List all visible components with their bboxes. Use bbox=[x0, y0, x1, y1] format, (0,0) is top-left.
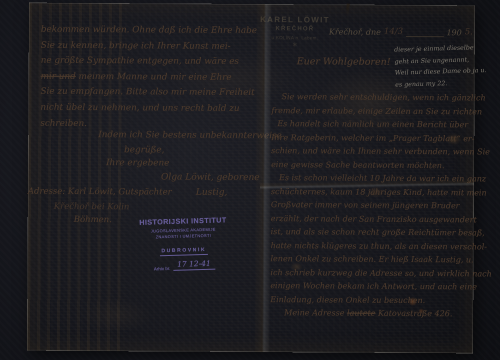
address-post: Katovastraße 426. bbox=[375, 309, 452, 318]
handwriting-line-address: Meine Adresse lautete Katovastraße 426. bbox=[270, 306, 476, 321]
sender-address-line: Böhmen. bbox=[74, 215, 112, 225]
sender-address-line: Křečhoř bei Kolin bbox=[54, 202, 130, 212]
letter-paper: KAREL LÖWIT KŘEČHOŘ u KOLÍNA n. Labem. ✻… bbox=[27, 3, 475, 354]
handwriting-line: nicht übel zu nehmen, und uns recht bald… bbox=[40, 101, 260, 118]
pencil-line: es genau my 22. bbox=[395, 76, 497, 90]
handwriting-line: hatte nichts klügeres zu thun, als an di… bbox=[271, 239, 477, 254]
handwriting-line-corrected: mir und meinem Manne und mir eine Ehre bbox=[41, 69, 261, 86]
handwriting-line: ne größte Sympathie entgegen, und wäre e… bbox=[41, 54, 261, 71]
handwriting-line: bekommen würden. Ohne daß ich die Ehre h… bbox=[41, 23, 261, 40]
archive-stamp: HISTORIJSKI INSTITUT JUGOSLAVENSKE AKADE… bbox=[122, 215, 245, 272]
handwriting-line: schien, und wäre ich Ihnen sehr verbunde… bbox=[271, 144, 477, 159]
date-year-handwritten: 5. bbox=[465, 27, 473, 37]
address-struck-word: lautete bbox=[347, 309, 375, 318]
address-pre: Meine Adresse bbox=[284, 308, 347, 317]
handwriting-line: fremde, mir erlaube, einige Zeilen an Si… bbox=[271, 104, 477, 119]
pencil-annotation: dieser je einmal dieselbe geht an Sie un… bbox=[394, 42, 497, 91]
handwriting-line: ich schrieb kurzweg die Adresse so, und … bbox=[270, 266, 476, 281]
date-place-printed: Křečhoř, dne bbox=[329, 27, 381, 36]
photo-background: KAREL LÖWIT KŘEČHOŘ u KOLÍNA n. Labem. ✻… bbox=[0, 0, 500, 360]
handwriting-line: einigen Wochen bekam ich Antwort, und au… bbox=[270, 279, 476, 294]
salutation: Euer Wohlgeboren! bbox=[297, 56, 391, 68]
handwriting-line: lenen Onkel zu schreiben. Er hieß Isaak … bbox=[270, 252, 476, 267]
date-line: Křečhoř, dne 14/3 190 5. bbox=[329, 26, 473, 37]
handwriting-line: Sie werden sehr entschuldigen, wenn ich … bbox=[271, 90, 477, 105]
handwriting-line: eine gewisse Sache beantworten möchten. bbox=[271, 158, 477, 173]
handwriting-line: ist, und als sie schon recht große Reich… bbox=[271, 225, 477, 240]
signature-maiden-name: Lustig, bbox=[196, 188, 228, 198]
date-rule bbox=[406, 27, 444, 37]
handwriting-line: Sie zu empfangen. Bitte also mir meine F… bbox=[40, 85, 260, 102]
water-stain bbox=[82, 298, 152, 332]
struck-words: mir und bbox=[41, 71, 76, 81]
center-fold-crease bbox=[254, 4, 272, 352]
signature-name: Olga Löwit, geborene bbox=[161, 172, 260, 183]
handwriting-line: erzählt, der nach der San Franzisko ausg… bbox=[271, 212, 477, 227]
handwriting-line: Sie zu kennen, bringe ich Ihrer Kunst me… bbox=[41, 38, 261, 55]
date-day-handwritten: 14/3 bbox=[384, 27, 403, 37]
handwriting-line: Ihre Ratgeberin, welcher im „Prager Tagb… bbox=[271, 131, 477, 146]
letter-body-right: Sie werden sehr entschuldigen, wenn ich … bbox=[270, 90, 477, 321]
sender-address-line: Adresse: Karl Löwit, Gutspächter bbox=[28, 187, 172, 198]
handwriting-line: Einladung, diesen Onkel zu besuchen. bbox=[270, 293, 476, 308]
line-rest: meinem Manne und mir eine Ehre bbox=[76, 72, 232, 83]
handwriting-line: Es handelt sich nämlich um einen Bericht… bbox=[271, 117, 477, 132]
closing-line: begrüße, bbox=[124, 145, 164, 155]
stamp-archive-label: Arhiv br. bbox=[154, 265, 171, 270]
date-year-printed: 190 bbox=[446, 28, 461, 37]
letter-body-left: bekommen würden. Ohne daß ich die Ehre h… bbox=[40, 23, 261, 133]
handwriting-line: Großvater immer von seinem jüngeren Brud… bbox=[271, 198, 477, 213]
stamp-city: DUBROVNIK bbox=[159, 247, 208, 256]
closing-line: Ihre ergebene bbox=[106, 158, 169, 168]
stamp-archive-number: 17 12-41 bbox=[173, 258, 215, 270]
